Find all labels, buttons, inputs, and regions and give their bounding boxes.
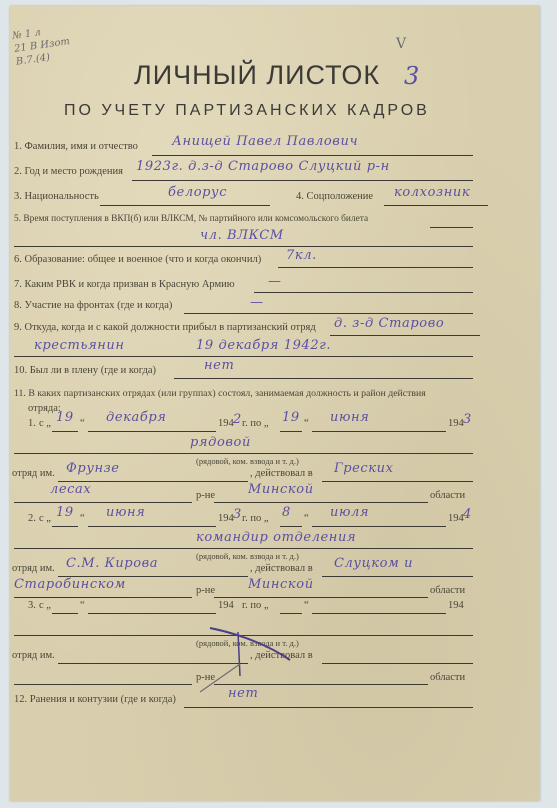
- service-from-label: с „: [39, 418, 51, 429]
- service-region-label: области: [430, 585, 465, 596]
- field-label-name: 1. Фамилия, имя и отчество: [14, 141, 138, 152]
- check-mark: V: [396, 36, 406, 52]
- service-detachment[interactable]: Фрунзе: [66, 461, 120, 476]
- service-position-hint: (рядовой, ком. взвода и т. д.): [196, 551, 299, 561]
- service-to-year-prefix: 194: [448, 600, 464, 611]
- service-to-day[interactable]: 19: [282, 410, 300, 425]
- field-value-captivity[interactable]: нет: [204, 358, 234, 373]
- field-label-wounds: 12. Ранения и контузии (где и когда): [14, 694, 176, 705]
- service-quote: “: [304, 600, 309, 611]
- service-to-day[interactable]: 8: [282, 505, 291, 520]
- service-from-year-prefix: 194: [218, 513, 234, 524]
- field-label-birth: 2. Год и место рождения: [14, 166, 123, 177]
- service-detachment-label: отряд им.: [12, 563, 55, 574]
- field-label-captivity: 10. Был ли в плену (где и когда): [14, 365, 156, 376]
- service-from-year-digit[interactable]: 3: [233, 507, 242, 522]
- service-number: 3.: [28, 600, 36, 611]
- service-acted-in[interactable]: Греских: [334, 461, 394, 476]
- service-to-label: г. по „: [242, 600, 269, 611]
- service-acted-in[interactable]: Слуцком и: [334, 556, 413, 571]
- field-value-party[interactable]: чл. ВЛКСМ: [200, 228, 284, 243]
- field-label-party: 5. Время поступления в ВКП(б) или ВЛКСМ,…: [14, 214, 368, 224]
- field-label-education: 6. Образование: общее и военное (что и к…: [14, 254, 261, 265]
- field-value-social[interactable]: колхозник: [394, 185, 470, 200]
- crossout-stroke: [180, 620, 300, 700]
- service-quote: “: [304, 513, 309, 524]
- service-detachment[interactable]: С.М. Кирова: [66, 556, 158, 571]
- service-position[interactable]: рядовой: [190, 435, 251, 450]
- service-from-month[interactable]: декабря: [106, 410, 167, 425]
- service-quote: “: [80, 600, 85, 611]
- service-from-label: с „: [39, 513, 51, 524]
- field-label-detachments: 11. В каких партизанских отрядах (или гр…: [14, 388, 426, 399]
- service-to-year-prefix: 194: [448, 418, 464, 429]
- service-quote: “: [304, 418, 309, 429]
- service-acted-label: , действовал в: [250, 468, 313, 479]
- field-value-arrival-line1[interactable]: д. з-д Старово: [334, 316, 444, 331]
- service-from-label: с „: [39, 600, 51, 611]
- service-from-day[interactable]: 19: [56, 410, 74, 425]
- field-value-name[interactable]: Анищей Павел Павлович: [172, 134, 358, 149]
- service-region-label: области: [430, 490, 465, 501]
- service-acted-label: , действовал в: [250, 563, 313, 574]
- field-value-fronts[interactable]: —: [250, 295, 264, 310]
- field-label-arrival: 9. Откуда, когда и с какой должности при…: [14, 322, 316, 333]
- service-to-month[interactable]: июля: [330, 505, 369, 520]
- service-to-year-prefix: 194: [448, 513, 464, 524]
- field-label-fronts: 8. Участие на фронтах (где и когда): [14, 300, 172, 311]
- service-detachment-label: отряд им.: [12, 468, 55, 479]
- service-to-year-digit[interactable]: 4: [463, 507, 472, 522]
- service-district-label: р-не: [196, 585, 215, 596]
- service-to-label: г. по „: [242, 513, 269, 524]
- service-district[interactable]: Старобинском: [14, 577, 126, 592]
- service-position-hint: (рядовой, ком. взвода и т. д.): [196, 456, 299, 466]
- service-to-month[interactable]: июня: [330, 410, 369, 425]
- service-from-month[interactable]: июня: [106, 505, 145, 520]
- service-position[interactable]: командир отделения: [196, 530, 356, 545]
- service-region[interactable]: Минской: [248, 482, 314, 497]
- service-quote: “: [80, 513, 85, 524]
- service-region[interactable]: Минской: [248, 577, 314, 592]
- page-subtitle: ПО УЧЕТУ ПАРТИЗАНСКИХ КАДРОВ: [64, 102, 430, 120]
- service-from-year-prefix: 194: [218, 600, 234, 611]
- field-value-arrival-position[interactable]: крестьянин: [34, 338, 125, 353]
- service-region-label: области: [430, 672, 465, 683]
- field-value-education[interactable]: 7кл.: [286, 248, 317, 263]
- field-label-social: 4. Соцположение: [296, 191, 373, 202]
- field-label-army: 7. Каким РВК и когда призван в Красную А…: [14, 279, 235, 290]
- service-number: 2.: [28, 513, 36, 524]
- field-value-nationality[interactable]: белорус: [168, 185, 227, 200]
- service-from-day[interactable]: 19: [56, 505, 74, 520]
- service-from-year-digit[interactable]: 2: [233, 412, 242, 427]
- archive-note-block: № 1 л 21 В Изот В.7.(4): [12, 22, 73, 68]
- service-from-year-prefix: 194: [218, 418, 234, 429]
- service-district[interactable]: лесах: [50, 482, 91, 497]
- service-to-label: г. по „: [242, 418, 269, 429]
- field-value-army[interactable]: —: [268, 274, 282, 289]
- service-number: 1.: [28, 418, 36, 429]
- service-district-label: р-не: [196, 490, 215, 501]
- page-title: ЛИЧНЫЙ ЛИСТОК: [134, 60, 380, 91]
- service-to-year-digit[interactable]: 3: [463, 412, 472, 427]
- service-quote: “: [80, 418, 85, 429]
- field-value-birth[interactable]: 1923г. д.з-д Старово Слуцкий р-н: [136, 159, 390, 174]
- service-detachment-label: отряд им.: [12, 650, 55, 661]
- sheet-number: 3: [404, 62, 420, 90]
- field-value-arrival-date[interactable]: 19 декабря 1942г.: [196, 338, 331, 353]
- field-label-nationality: 3. Национальность: [14, 191, 99, 202]
